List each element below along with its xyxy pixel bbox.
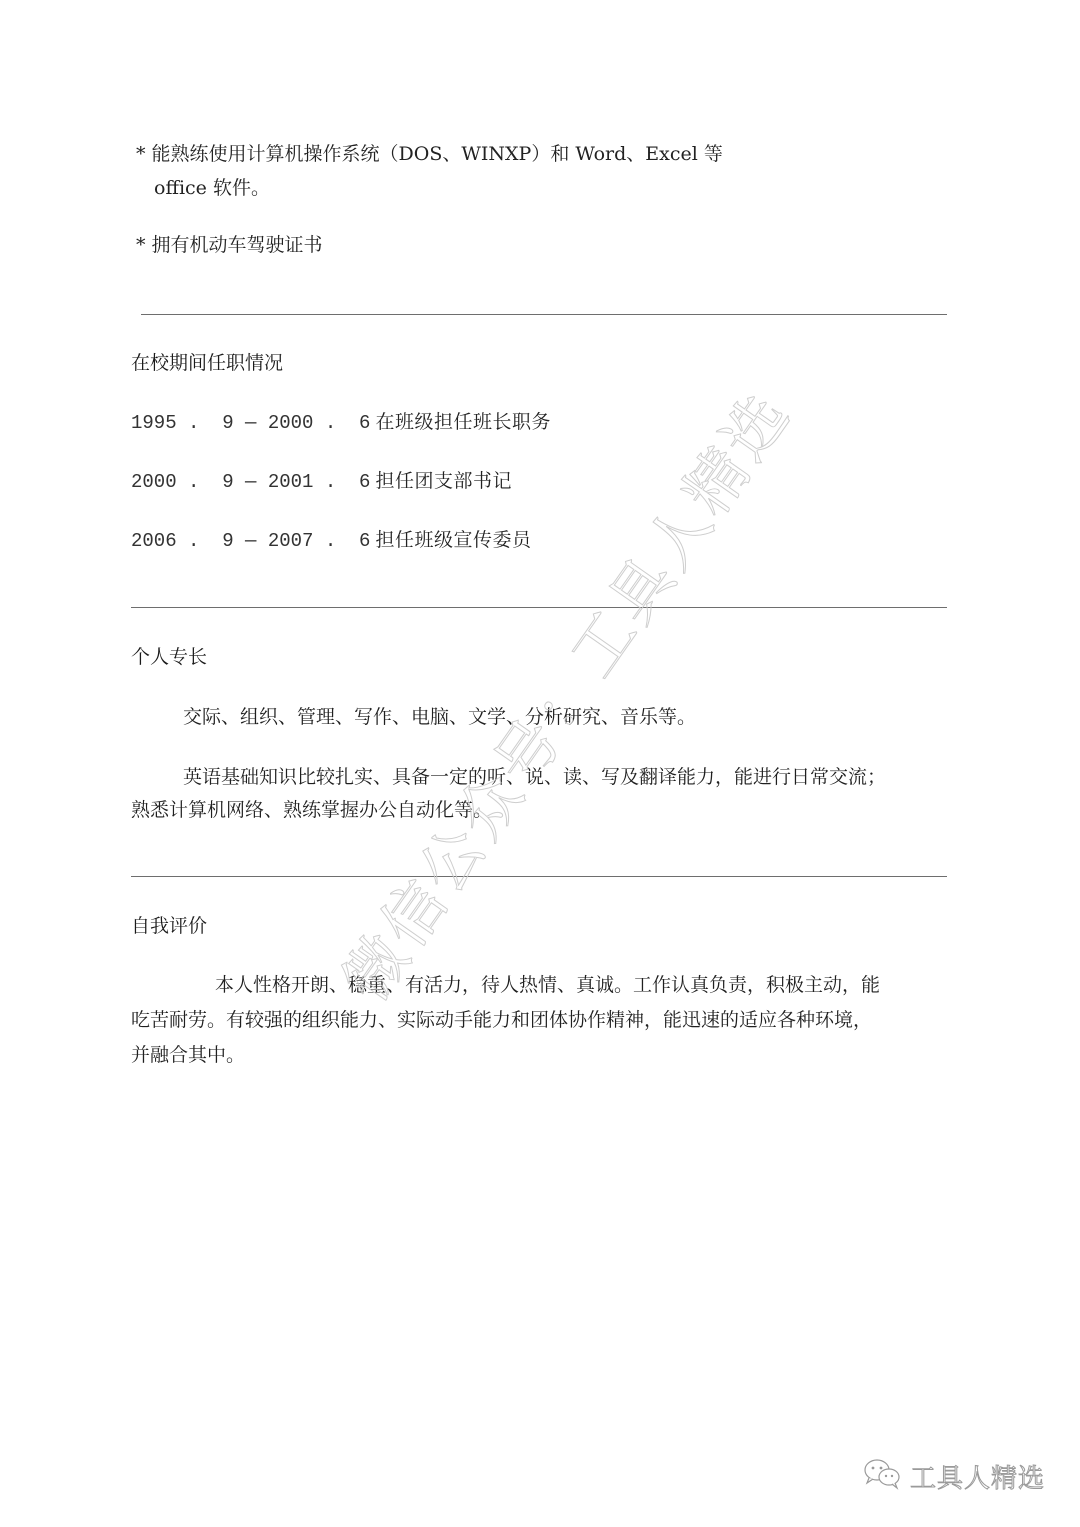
position-row: 2000 . 9 — 2001 . 6 担任团支部书记	[131, 466, 512, 493]
bullet-item-driver-license: * 拥有机动车驾驶证书	[136, 230, 323, 257]
wechat-icon	[862, 1457, 902, 1495]
position-row: 2006 . 9 — 2007 . 6 担任班级宣传委员	[131, 525, 532, 552]
section-divider	[131, 876, 947, 877]
bullet-item-computer-skills: * 能熟练使用计算机操作系统（DOS、WINXP）和 Word、Excel 等	[136, 139, 723, 166]
self-evaluation-line-2: 吃苦耐劳。有较强的组织能力、实际动手能力和团体协作精神，能迅速的适应各种环境，	[131, 1005, 872, 1032]
bullet-text: 拥有机动车驾驶证书	[152, 234, 323, 256]
bullet-marker: *	[136, 143, 146, 165]
brand-mark: 工具人精选	[862, 1457, 1045, 1495]
section-heading-positions: 在校期间任职情况	[131, 348, 283, 375]
section-heading-specialties: 个人专长	[131, 642, 207, 669]
section-divider	[141, 314, 947, 315]
bullet-marker: *	[136, 234, 146, 256]
section-heading-self-evaluation: 自我评价	[131, 911, 207, 938]
specialties-paragraph-1: 交际、组织、管理、写作、电脑、文学、分析研究、音乐等。	[183, 702, 696, 729]
self-evaluation-line-3: 并融合其中。	[131, 1040, 245, 1067]
position-period: 1995 . 9 — 2000 . 6	[131, 412, 370, 434]
bullet-text-continued: office 软件。	[154, 177, 270, 199]
position-role: 担任班级宣传委员	[376, 529, 532, 551]
bullet-text: 能熟练使用计算机操作系统（DOS、WINXP）和 Word、Excel 等	[152, 143, 723, 165]
brand-name: 工具人精选	[910, 1458, 1045, 1495]
position-row: 1995 . 9 — 2000 . 6 在班级担任班长职务	[131, 407, 551, 434]
section-divider	[131, 607, 947, 608]
self-evaluation-line-1: 本人性格开朗、稳重、有活力，待人热情、真诚。工作认真负责，积极主动，能	[215, 970, 880, 997]
position-period: 2000 . 9 — 2001 . 6	[131, 471, 370, 493]
position-period: 2006 . 9 — 2007 . 6	[131, 530, 370, 552]
bullet-item-computer-skills-cont: office 软件。	[154, 173, 270, 200]
position-role: 担任团支部书记	[376, 470, 513, 492]
position-role: 在班级担任班长职务	[376, 411, 552, 433]
